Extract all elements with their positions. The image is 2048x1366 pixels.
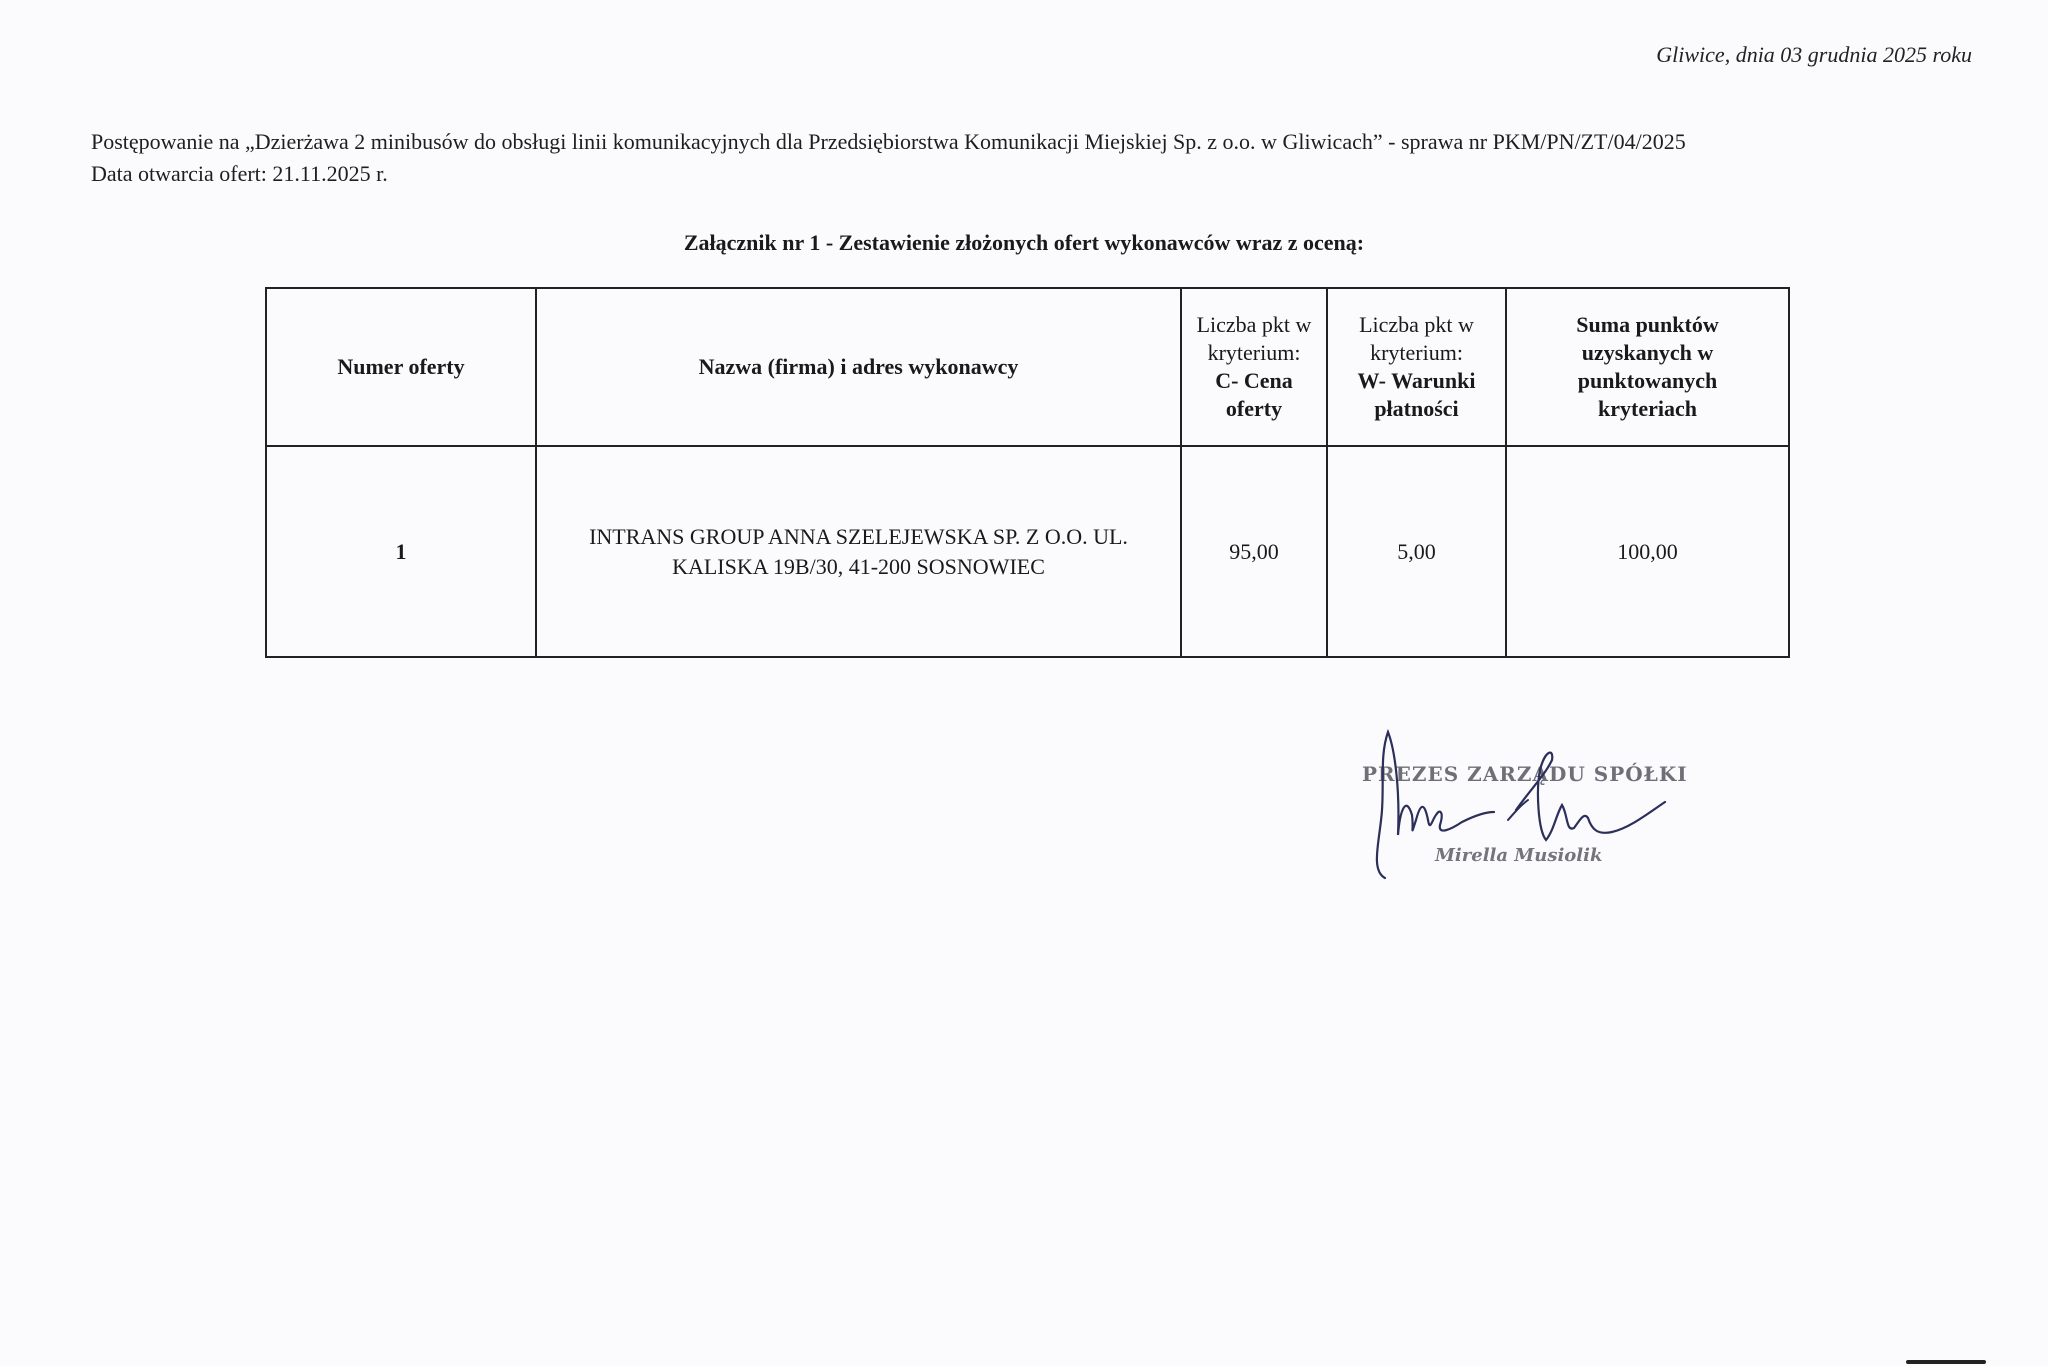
criterion-c-name: C- Cena oferty <box>1215 368 1293 421</box>
table-header-row: Numer oferty Nazwa (firma) i adres wykon… <box>266 288 1789 446</box>
criterion-w-name: W- Warunki płatności <box>1358 368 1476 421</box>
cell-offer-number: 1 <box>266 446 536 657</box>
col-offer-number: Numer oferty <box>266 288 536 446</box>
criterion-w-prefix: Liczba pkt w kryterium: <box>1359 312 1474 365</box>
cell-criterion-w: 5,00 <box>1327 446 1506 657</box>
handwritten-signature-icon <box>1340 720 1700 890</box>
cell-criterion-c: 95,00 <box>1181 446 1327 657</box>
col-contractor: Nazwa (firma) i adres wykonawcy <box>536 288 1181 446</box>
table-row: 1 INTRANS GROUP ANNA SZELEJEWSKA SP. Z O… <box>266 446 1789 657</box>
proceeding-description: Postępowanie na „Dzierżawa 2 minibusów d… <box>91 126 1686 158</box>
offers-table: Numer oferty Nazwa (firma) i adres wykon… <box>265 287 1790 658</box>
col-criterion-c: Liczba pkt w kryterium: C- Cena oferty <box>1181 288 1327 446</box>
scan-mark <box>1906 1360 1986 1364</box>
signature-block: PREZES ZARZĄDU SPÓŁKI Mirella Musiolik <box>1340 720 1700 890</box>
place-date: Gliwice, dnia 03 grudnia 2025 roku <box>1656 42 1972 68</box>
cell-contractor: INTRANS GROUP ANNA SZELEJEWSKA SP. Z O.O… <box>536 446 1181 657</box>
col-total: Suma punktów uzyskanych w punktowanych k… <box>1506 288 1789 446</box>
intro: Postępowanie na „Dzierżawa 2 minibusów d… <box>91 126 1686 190</box>
cell-total: 100,00 <box>1506 446 1789 657</box>
criterion-c-prefix: Liczba pkt w kryterium: <box>1197 312 1312 365</box>
opening-date: Data otwarcia ofert: 21.11.2025 r. <box>91 158 1686 190</box>
col-criterion-w: Liczba pkt w kryterium: W- Warunki płatn… <box>1327 288 1506 446</box>
annex-title: Załącznik nr 1 - Zestawienie złożonych o… <box>0 230 2048 256</box>
